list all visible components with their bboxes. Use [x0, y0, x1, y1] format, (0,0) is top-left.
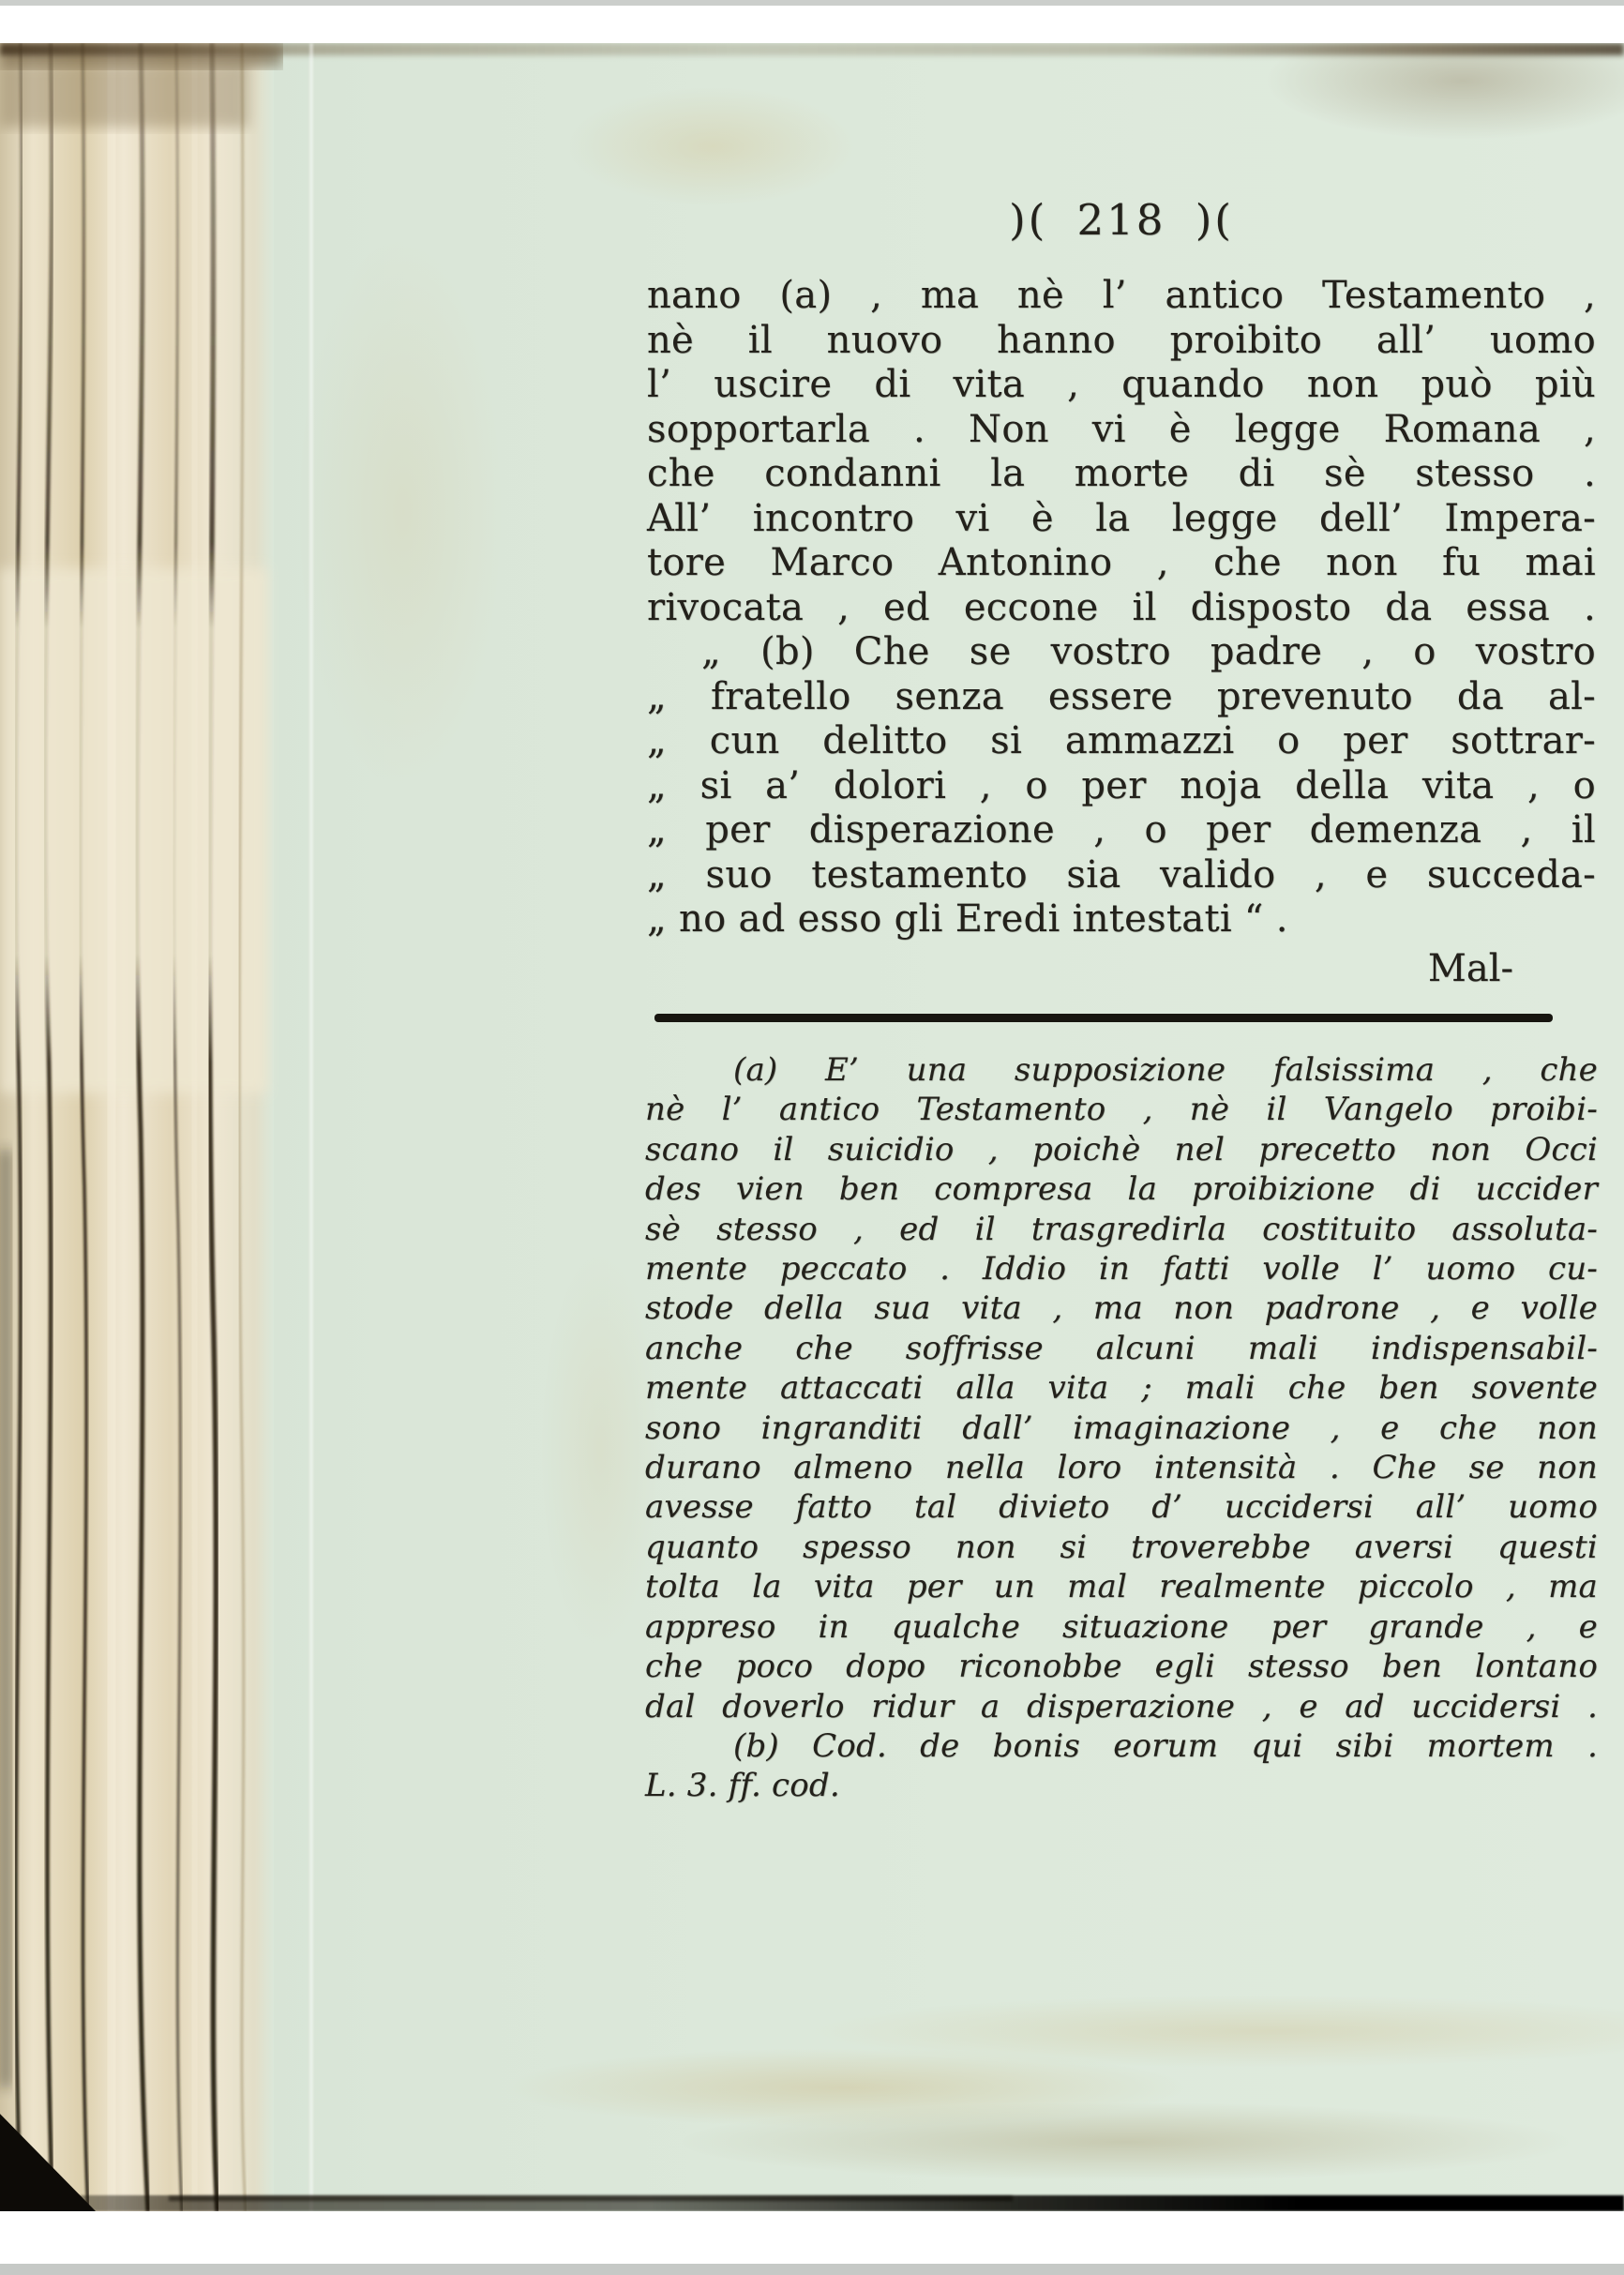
footnote-line: dal doverlo ridur a disperazione , e ad … [645, 1687, 1598, 1726]
footnote-line: durano almeno nella loro intensità . Che… [645, 1448, 1598, 1487]
page-top-edge-shadow [0, 43, 1624, 55]
quote-line: „ (b) Che se vostro padre , o vostro [647, 630, 1596, 675]
text-line: tore Marco Antonino , che non fu mai [647, 541, 1596, 586]
footnote-line: (b) Cod. de bonis eorum qui sibi mortem … [645, 1726, 1598, 1766]
text-line: rivocata , ed eccone il disposto da essa… [647, 586, 1596, 631]
footnote-line: nè l’ antico Testamento , nè il Vangelo … [645, 1090, 1598, 1129]
text-line: che condanni la morte di sè stesso . [647, 452, 1596, 497]
footnote-separator-rule [654, 1014, 1553, 1022]
text-line: sopportarla . Non vi è legge Romana , [647, 408, 1596, 453]
scanner-strip-top [0, 0, 1624, 6]
footnote-line: sono ingranditi dall’ imaginazione , e c… [645, 1409, 1598, 1448]
text-line: nè il nuovo hanno proibito all’ uomo [647, 319, 1596, 364]
scanner-strip-bottom [0, 2264, 1624, 2275]
footnote-line: tolta la vita per un mal realmente picco… [645, 1567, 1598, 1606]
catchword: Mal- [647, 947, 1596, 990]
footnote-line: quanto spesso non si troverebbe aversi q… [645, 1528, 1598, 1567]
footnote-line: che poco dopo riconobbe egli stesso ben … [645, 1647, 1598, 1686]
footnotes-block: (a) E’ una supposizione falsissima , che… [645, 1050, 1598, 1806]
page-number: )( 218 )( [647, 195, 1596, 245]
book-scan: )( 218 )( nano (a) , ma nè l’ antico Tes… [0, 0, 1624, 2275]
quote-line: „ si a’ dolori , o per noja della vita ,… [647, 764, 1596, 809]
footnote-line: anche che soffrisse alcuni mali indispen… [645, 1329, 1598, 1368]
text-line: l’ uscire di vita , quando non può più [647, 363, 1596, 408]
quote-line: „ fratello senza essere prevenuto da al- [647, 675, 1596, 720]
main-text-block: nano (a) , ma nè l’ antico Testamento , … [647, 274, 1596, 942]
quote-line: „ no ad esso gli Eredi intestati “ . [647, 897, 1596, 942]
footnote-line: scano il suicidio , poichè nel precetto … [645, 1130, 1598, 1169]
footnote-line: des vien ben compresa la proibizione di … [645, 1169, 1598, 1209]
text-line: nano (a) , ma nè l’ antico Testamento , [647, 274, 1596, 319]
quote-line: „ per disperazione , o per demenza , il [647, 808, 1596, 853]
page-scan: )( 218 )( nano (a) , ma nè l’ antico Tes… [0, 43, 1624, 2211]
footnote-line: stode della sua vita , ma non padrone , … [645, 1288, 1598, 1328]
footnote-line: L. 3. ff. cod. [645, 1766, 1598, 1805]
quote-line: „ cun delitto si ammazzi o per sottrar- [647, 719, 1596, 764]
footnote-line: sè stesso , ed il trasgredirla costituit… [645, 1210, 1598, 1249]
book-spine-edges [0, 43, 283, 2211]
text-line: All’ incontro vi è la legge dell’ Impera… [647, 497, 1596, 542]
footnote-line: (a) E’ una supposizione falsissima , che [645, 1050, 1598, 1090]
page-fold-crease [309, 43, 313, 2211]
footnote-line: appreso in qualche situazione per grande… [645, 1607, 1598, 1647]
page-bottom-edge [0, 2195, 1624, 2211]
footnote-line: avesse fatto tal divieto d’ uccidersi al… [645, 1487, 1598, 1527]
footnote-line: mente peccato . Iddio in fatti volle l’ … [645, 1249, 1598, 1288]
quote-line: „ suo testamento sia valido , e succeda- [647, 853, 1596, 898]
footnote-line: mente attaccati alla vita ; mali che ben… [645, 1368, 1598, 1408]
